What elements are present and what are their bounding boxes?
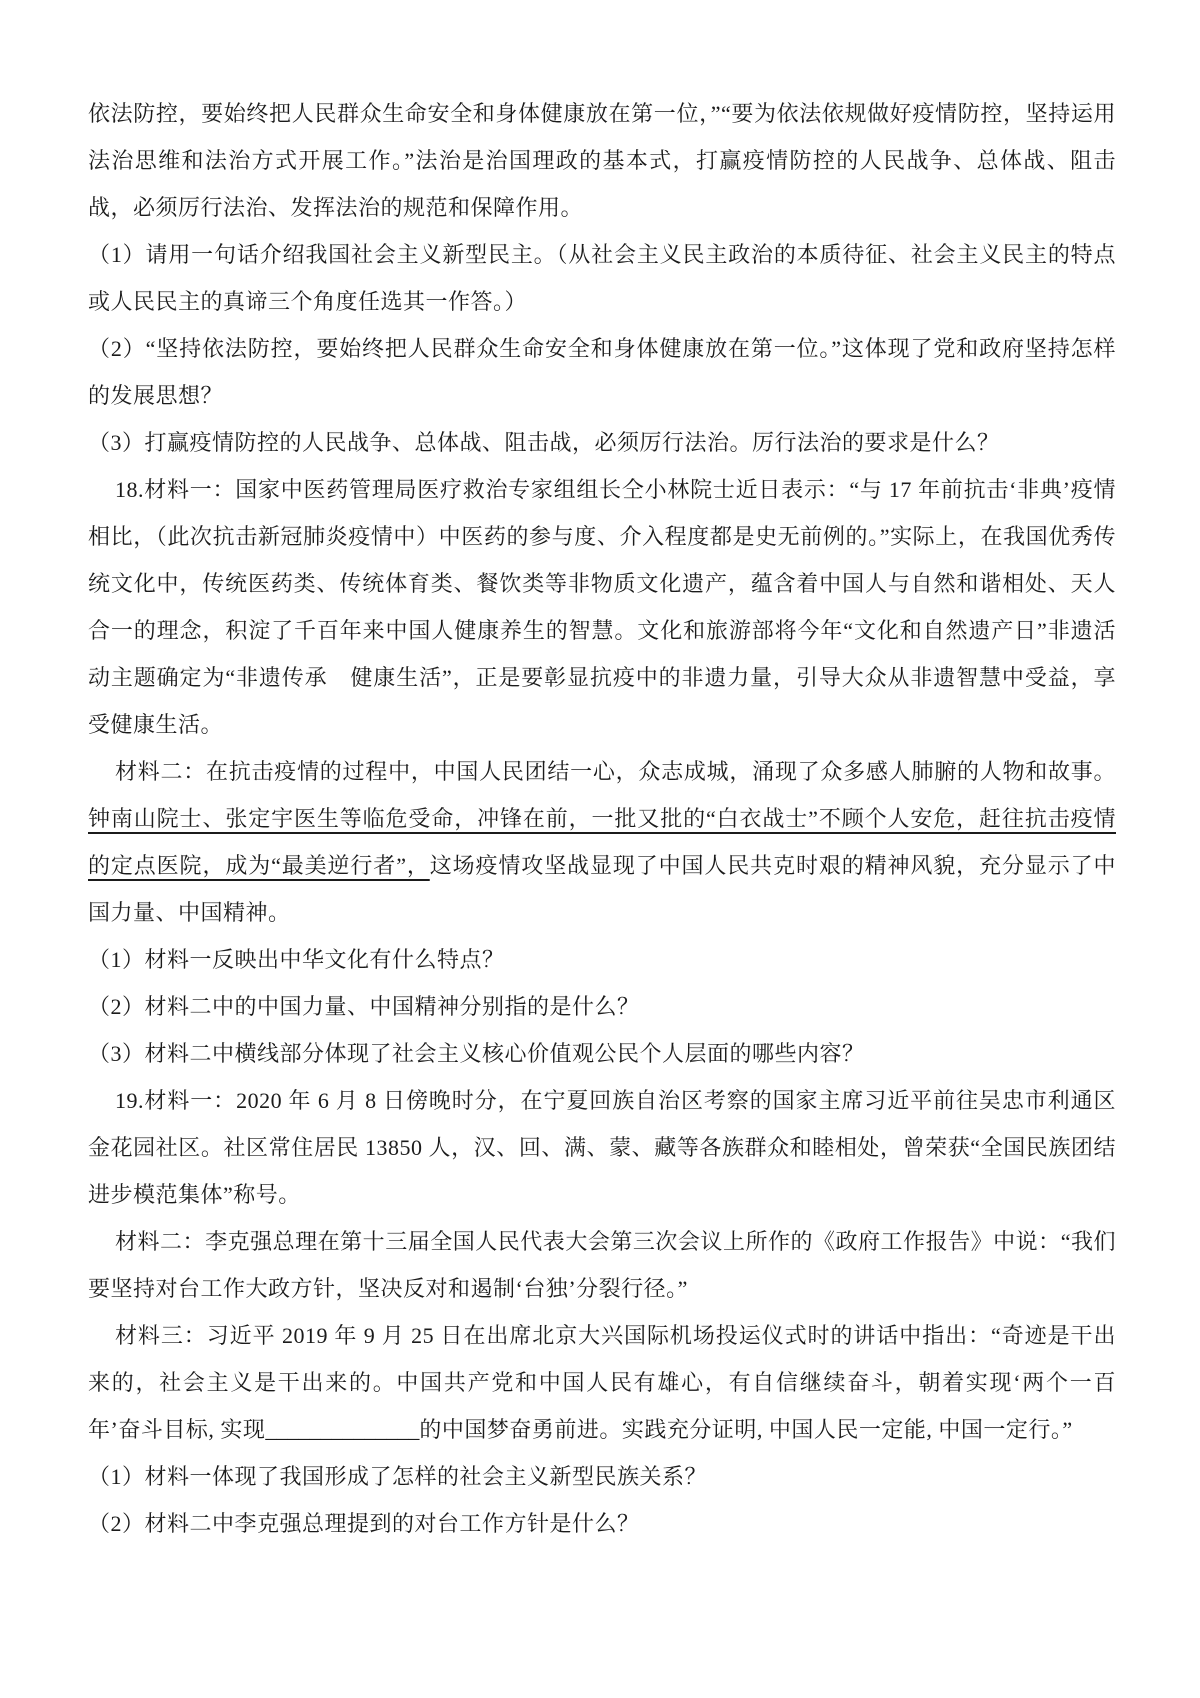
text-segment: （3）打赢疫情防控的人民战争、总体战、阻击战，必须厉行法治。厉行法治的要求是什么… bbox=[88, 430, 1000, 455]
text-segment: （1）请用一句话介绍我国社会主义新型民主。（从社会主义民主政治的本质待征、社会主… bbox=[88, 242, 1116, 314]
paragraph: （3）打赢疫情防控的人民战争、总体战、阻击战，必须厉行法治。厉行法治的要求是什么… bbox=[88, 419, 1116, 466]
exam-paper-page: 依法防控，要始终把人民群众生命安全和身体健康放在第一位，”“要为依法依规做好疫情… bbox=[0, 0, 1200, 1698]
text-segment: （2）材料二中的中国力量、中国精神分别指的是什么？ bbox=[88, 994, 640, 1019]
text-segment: 依法防控，要始终把人民群众生命安全和身体健康放在第一位，”“要为依法依规做好疫情… bbox=[88, 101, 1116, 220]
text-segment: 材料二：在抗击疫情的过程中，中国人民团结一心，众志成城，涌现了众多感人肺腑的人物… bbox=[115, 759, 1116, 784]
paragraph: （3）材料二中横线部分体现了社会主义核心价值观公民个人层面的哪些内容？ bbox=[88, 1030, 1116, 1077]
paragraph: （1）请用一句话介绍我国社会主义新型民主。（从社会主义民主政治的本质待征、社会主… bbox=[88, 231, 1116, 325]
paragraph: 材料二：李克强总理在第十三届全国人民代表大会第三次会议上所作的《政府工作报告》中… bbox=[88, 1218, 1116, 1312]
text-segment: 19.材料一：2020 年 6 月 8 日傍晚时分，在宁夏回族自治区考察的国家主… bbox=[88, 1088, 1116, 1207]
paragraph: 19.材料一：2020 年 6 月 8 日傍晚时分，在宁夏回族自治区考察的国家主… bbox=[88, 1077, 1116, 1218]
text-segment: 18.材料一：国家中医药管理局医疗救治专家组组长仝小林院士近日表示：“与 17 … bbox=[88, 477, 1116, 737]
text-segment: 的中国梦奋勇前进。实践充分证明, 中国人民一定能, 中国一定行。” bbox=[419, 1417, 1072, 1442]
paragraph: 18.材料一：国家中医药管理局医疗救治专家组组长仝小林院士近日表示：“与 17 … bbox=[88, 466, 1116, 748]
paragraph: （1）材料一体现了我国形成了怎样的社会主义新型民族关系？ bbox=[88, 1453, 1116, 1500]
document-content: 依法防控，要始终把人民群众生命安全和身体健康放在第一位，”“要为依法依规做好疫情… bbox=[88, 90, 1116, 1547]
paragraph: 材料三：习近平 2019 年 9 月 25 日在出席北京大兴国际机场投运仪式时的… bbox=[88, 1312, 1116, 1453]
paragraph: （2）材料二中的中国力量、中国精神分别指的是什么？ bbox=[88, 983, 1116, 1030]
paragraph: （2）材料二中李克强总理提到的对台工作方针是什么？ bbox=[88, 1500, 1116, 1547]
text-segment: （2）材料二中李克强总理提到的对台工作方针是什么？ bbox=[88, 1511, 640, 1536]
text-segment: （1）材料一反映出中华文化有什么特点？ bbox=[88, 947, 505, 972]
text-segment: （1）材料一体现了我国形成了怎样的社会主义新型民族关系？ bbox=[88, 1464, 707, 1489]
paragraph: 材料二：在抗击疫情的过程中，中国人民团结一心，众志成城，涌现了众多感人肺腑的人物… bbox=[88, 748, 1116, 936]
text-segment: （2）“坚持依法防控，要始终把人民群众生命安全和身体健康放在第一位。”这体现了党… bbox=[88, 336, 1116, 408]
text-segment: （3）材料二中横线部分体现了社会主义核心价值观公民个人层面的哪些内容？ bbox=[88, 1041, 865, 1066]
paragraph: （1）材料一反映出中华文化有什么特点？ bbox=[88, 936, 1116, 983]
text-segment: 材料二：李克强总理在第十三届全国人民代表大会第三次会议上所作的《政府工作报告》中… bbox=[88, 1229, 1116, 1301]
paragraph: 依法防控，要始终把人民群众生命安全和身体健康放在第一位，”“要为依法依规做好疫情… bbox=[88, 90, 1116, 231]
fill-in-blank: ______________ bbox=[265, 1417, 419, 1442]
paragraph: （2）“坚持依法防控，要始终把人民群众生命安全和身体健康放在第一位。”这体现了党… bbox=[88, 325, 1116, 419]
